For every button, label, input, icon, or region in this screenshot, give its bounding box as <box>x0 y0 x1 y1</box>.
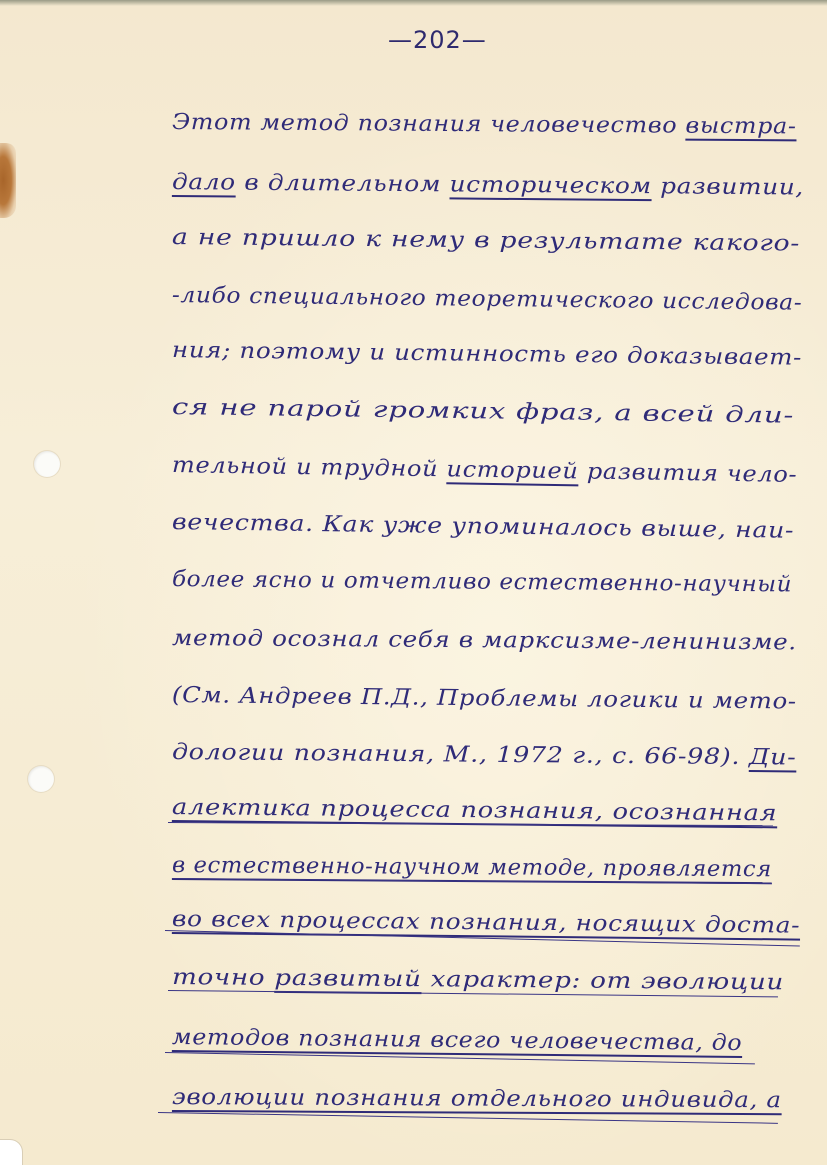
punch-hole-bottom <box>28 766 54 792</box>
text-line: тельной и трудной историей развития чело… <box>172 453 798 488</box>
text-segment: в длительном <box>236 171 450 198</box>
underlined-phrase: во всех процессах познания, носящих дост… <box>172 907 800 939</box>
text-segment: характер: от эволюции <box>421 967 784 995</box>
punch-hole-top <box>34 451 60 477</box>
text-line: ния; поэтому и истинность его доказывает… <box>172 338 802 371</box>
text-segment: -либо специального теоретического исслед… <box>172 283 803 316</box>
text-line: более ясно и отчетливо естественно-научн… <box>172 567 792 597</box>
page-number: —202— <box>388 26 487 54</box>
underlined-phrase: Ди- <box>749 745 797 770</box>
text-segment: развитии, <box>652 174 804 200</box>
text-segment: более ясно и отчетливо естественно-научн… <box>172 567 792 597</box>
text-segment: вечества. Как уже упоминалось выше, наи- <box>172 510 795 544</box>
text-line: во всех процессах познания, носящих дост… <box>172 907 800 939</box>
paper-stain <box>0 143 16 218</box>
text-segment: а не пришло к нему в результате какого- <box>172 225 800 257</box>
underlined-phrase: эволюции познания отдельного индивида, а <box>172 1085 782 1113</box>
text-line: ся не парой громких фраз, а всей дли- <box>172 395 794 429</box>
text-line: -либо специального теоретического исслед… <box>172 283 803 316</box>
text-segment: развития чело- <box>578 459 797 487</box>
text-segment: тельной и трудной <box>172 453 447 482</box>
text-segment: ся не парой громких фраз, а всей дли- <box>172 395 794 429</box>
underline-stroke <box>158 1112 778 1124</box>
manuscript-page: —202— Этот метод познания человечество в… <box>0 0 827 1165</box>
text-line: Этот метод познания человечество выстра- <box>172 110 797 139</box>
text-segment: метод осознал себя в марксизме-ленинизме… <box>172 626 797 655</box>
text-line: методов познания всего человечества, до <box>172 1025 743 1056</box>
text-line: метод осознал себя в марксизме-ленинизме… <box>172 626 797 655</box>
text-segment: (См. Андреев П.Д., Проблемы логики и мет… <box>172 683 797 715</box>
underlined-phrase: методов познания всего человечества, до <box>172 1025 743 1056</box>
text-segment: точно <box>172 965 275 991</box>
underlined-phrase: дало <box>172 170 236 196</box>
text-line: (См. Андреев П.Д., Проблемы логики и мет… <box>172 683 797 715</box>
text-segment: Этот метод познания человечество <box>172 110 686 139</box>
text-line: а не пришло к нему в результате какого- <box>172 225 800 257</box>
underlined-phrase: историческом <box>450 172 652 199</box>
underlined-phrase: развитый <box>274 966 421 992</box>
text-segment: дологии познания, М., 1972 г., с. 66-98)… <box>172 740 749 770</box>
torn-corner <box>0 1140 22 1165</box>
text-line: эволюции познания отдельного индивида, а <box>172 1085 782 1113</box>
text-line: вечества. Как уже упоминалось выше, наи- <box>172 510 795 544</box>
text-line: дологии познания, М., 1972 г., с. 66-98)… <box>172 740 797 770</box>
underlined-phrase: выстра- <box>685 114 796 140</box>
page-top-edge <box>0 0 827 6</box>
text-segment: ния; поэтому и истинность его доказывает… <box>172 338 802 371</box>
underlined-phrase: историей <box>446 457 578 484</box>
text-line: дало в длительном историческом развитии, <box>172 170 804 201</box>
